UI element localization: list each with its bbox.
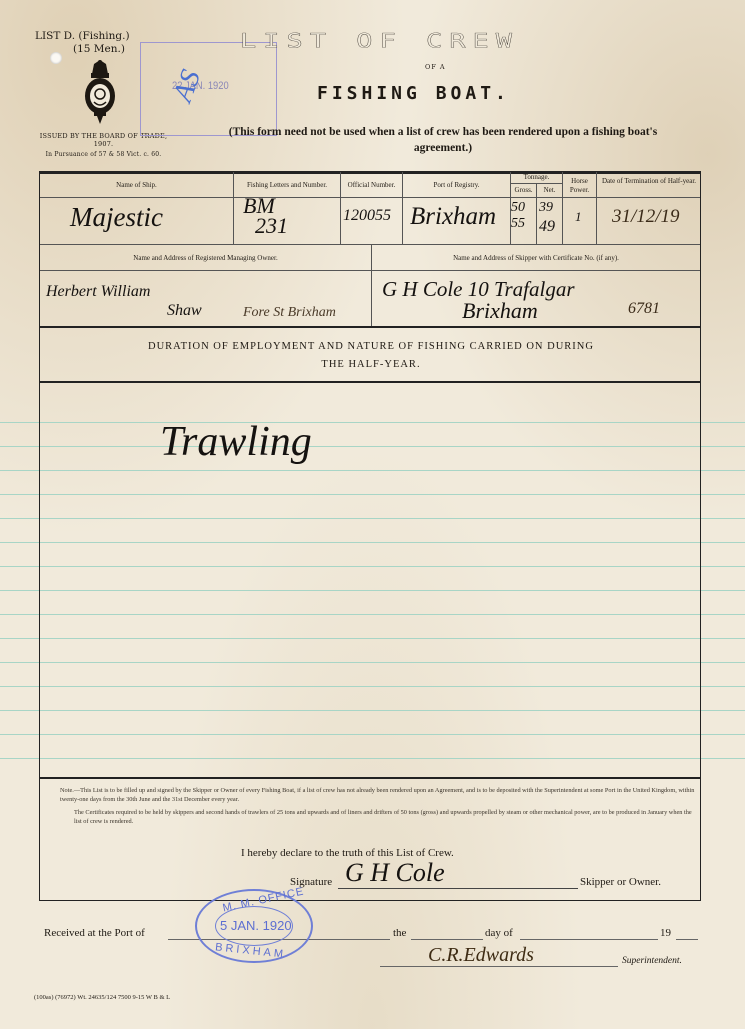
header-skipper: Name and Address of Skipper with Certifi… xyxy=(372,254,700,263)
value-owner-address: Fore St Brixham xyxy=(243,305,336,321)
footnote-para-1: Note.—This List is to be filled up and s… xyxy=(60,786,695,804)
footnote-para-2: The Certificates required to be held by … xyxy=(60,808,695,826)
value-gross-2: 55 xyxy=(511,216,525,232)
header-port-of-registry: Port of Registry. xyxy=(403,181,510,190)
print-code: (100as) (76972) Wt. 24635/124 7500 9-15 … xyxy=(34,994,170,1001)
superintendent-signature: C.R.Edwards xyxy=(428,944,534,967)
royal-crest-icon xyxy=(80,58,120,130)
day-blank xyxy=(411,939,483,940)
value-termination-date: 31/12/19 xyxy=(612,206,680,228)
punch-hole xyxy=(50,52,62,64)
header-gross: Gross. xyxy=(511,186,536,195)
the-label: the xyxy=(393,927,406,939)
year-blank xyxy=(676,939,698,940)
header-net: Net. xyxy=(537,186,562,195)
month-blank xyxy=(520,939,658,940)
grid-line xyxy=(40,381,700,383)
value-owner-surname: Shaw xyxy=(167,302,202,320)
issued-by: ISSUED BY THE BOARD OF TRADE, 1907. In P… xyxy=(36,132,171,159)
value-skipper-certificate: 6781 xyxy=(628,300,660,318)
value-official-number: 120055 xyxy=(343,207,391,225)
grid-line xyxy=(40,197,700,198)
value-net-2: 49 xyxy=(539,218,555,236)
value-horse-power: 1 xyxy=(575,209,582,225)
grid-line xyxy=(596,172,597,244)
day-of-label: day of xyxy=(485,927,513,939)
value-gross-1: 50 xyxy=(511,200,525,216)
value-port-of-registry: Brixham xyxy=(410,203,496,231)
grid-line xyxy=(40,777,700,779)
header-fishing-letters: Fishing Letters and Number. xyxy=(234,181,340,190)
header-termination-date: Date of Termination of Half-year. xyxy=(600,177,698,186)
superintendent-label: Superintendent. xyxy=(622,956,682,966)
grid-line xyxy=(40,270,700,271)
pursuance-text: In Pursuance of 57 & 58 Vict. c. 60. xyxy=(36,151,171,159)
value-fishing-number: 231 xyxy=(255,216,288,236)
value-name-of-ship: Majestic xyxy=(70,202,163,233)
page-title: LIST OF CREW xyxy=(240,30,519,52)
signature-line xyxy=(338,888,578,889)
skipper-signature: G H Cole xyxy=(345,858,445,888)
fishing-nature-entry: Trawling xyxy=(160,418,312,466)
header-tonnage: Tonnage. xyxy=(511,173,562,182)
received-port-label: Received at the Port of xyxy=(44,927,145,939)
signature-role: Skipper or Owner. xyxy=(580,876,661,888)
form-code: LIST D. (Fishing.) (15 Men.) xyxy=(35,30,130,56)
stamp-date: 5 JAN. 1920 xyxy=(220,918,292,933)
value-owner-name: Herbert William xyxy=(46,283,150,301)
page-subtitle: FISHING BOAT. xyxy=(317,83,510,104)
grid-line xyxy=(40,326,700,328)
superintendent-line xyxy=(380,966,618,967)
header-horse-power: Horse Power. xyxy=(563,177,596,195)
form-note: (This form need not be used when a list … xyxy=(208,124,678,156)
year-label: 19 xyxy=(660,927,671,939)
duration-heading: DURATION OF EMPLOYMENT AND NATURE OF FIS… xyxy=(40,338,702,374)
crew-size: (15 Men.) xyxy=(35,43,130,56)
grid-line xyxy=(510,183,562,184)
header-owner: Name and Address of Registered Managing … xyxy=(40,254,371,263)
header-official-number: Official Number. xyxy=(341,181,402,190)
grid-line xyxy=(40,244,700,245)
list-code: LIST D. (Fishing.) xyxy=(35,30,130,42)
header-name-of-ship: Name of Ship. xyxy=(40,181,233,190)
document-page: LIST D. (Fishing.) (15 Men.) ISSUED BY T… xyxy=(0,0,745,1029)
value-net-1: 39 xyxy=(539,200,553,216)
title-connector: OF A xyxy=(425,63,446,71)
footnote: Note.—This List is to be filled up and s… xyxy=(60,786,695,826)
value-skipper-address: Brixham xyxy=(462,298,538,324)
